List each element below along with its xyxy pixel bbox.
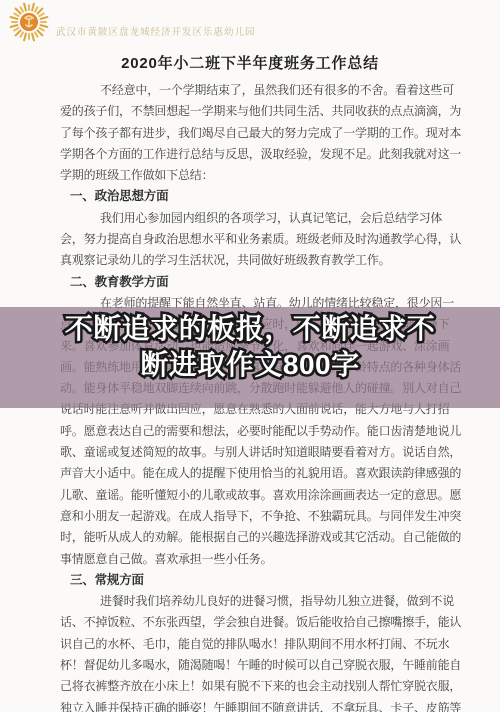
- org-name: 武汉市黄陂区盘龙城经济开发区乐惠幼儿园: [56, 24, 256, 38]
- overlay-title-line2: 断进取作文800字: [0, 347, 500, 383]
- section-heading: 二、教育教学方面: [60, 272, 458, 293]
- doc-line: 呼。愿意表达自己的需要和想法，必要时能配以手势动作。能口齿清楚地说儿: [60, 421, 458, 442]
- doc-line: 己将衣裤整齐放在小床上！如果有脱不下来的也会主动找别人帮忙穿脱衣服，: [60, 676, 458, 697]
- document-page: 武汉市黄陂区盘龙城经济开发区乐惠幼儿园 2020年小二班下半年度班务工作总结 不…: [0, 0, 500, 712]
- doc-line: 杯！督促幼儿多喝水，随渴随喝！午睡的时候可以自己穿脱衣服，午睡前能自: [60, 655, 458, 676]
- doc-line: 时，能听从成人的劝解。能根据自己的兴趣选择游戏或其它活动。自己能做的: [60, 527, 458, 548]
- doc-line: 声音大小适中。能在成人的提醒下使用恰当的礼貌用语。喜欢跟读韵律感强的: [60, 463, 458, 484]
- doc-line: 学期的班级工作做如下总结：: [60, 165, 458, 186]
- doc-line: 话、不掉饭粒、不东张西望，学会独自进餐。饭后能收拾自己擦嘴擦手，能认: [60, 612, 458, 633]
- doc-line: 识自己的水杯、毛巾，能自觉的排队喝水！排队期间不用水杯打闹、不玩水: [60, 634, 458, 655]
- doc-line: 事情愿意自己做。喜欢承担一些小任务。: [60, 549, 458, 570]
- doc-line: 儿歌、童谣。能听懂短小的儿歌或故事。喜欢用涂涂画画表达一定的意思。愿: [60, 485, 458, 506]
- overlay-title-line1: 不断追求的板报，不断追求不: [0, 311, 500, 347]
- doc-line: 会，努力提高自身政治思想水平和业务素质。班级老师及时沟通教学心得，认: [60, 229, 458, 250]
- doc-title: 2020年小二班下半年度班务工作总结: [0, 52, 500, 73]
- doc-line: 爱的孩子们，不禁回想起一学期来与他们共同生活、共同收获的点点滴滴，为: [60, 101, 458, 122]
- section-heading: 一、政治思想方面: [60, 186, 458, 207]
- doc-line: 意和小朋友一起游戏。在成人指导下，不争抢、不独霸玩具。与同伴发生冲突: [60, 506, 458, 527]
- kindergarten-sun-emblem-icon: [8, 1, 50, 43]
- doc-line: 我们用心参加园内组织的各项学习，认真记笔记，会后总结学习体: [60, 208, 458, 229]
- doc-line: 了每个孩子都有进步，我们竭尽自己最大的努力完成了一学期的工作。现对本: [60, 123, 458, 144]
- doc-line: 不经意中，一个学期结束了，虽然我们还有很多的不舍。看着这些可: [60, 80, 458, 101]
- doc-line: 独立入睡并保持正确的睡姿！午睡期间不随意讲话，不拿玩具、卡子、皮筋等: [60, 698, 458, 712]
- overlay-title: 不断追求的板报，不断追求不 断进取作文800字: [0, 311, 500, 383]
- doc-line: 进餐时我们培养幼儿良好的进餐习惯，指导幼儿独立进餐，做到不说: [60, 591, 458, 612]
- section-heading: 三、常规方面: [60, 570, 458, 591]
- doc-line: 歌、童谣或复述简短的故事。与别人讲话时知道眼睛要看着对方。说话自然，: [60, 442, 458, 463]
- doc-line: 学期各个方面的工作进行总结与反思，汲取经验，发现不足。此刻我就对这一: [60, 144, 458, 165]
- doc-line: 真观察记录幼儿的学习生活状况，共同做好班级教育教学工作。: [60, 250, 458, 271]
